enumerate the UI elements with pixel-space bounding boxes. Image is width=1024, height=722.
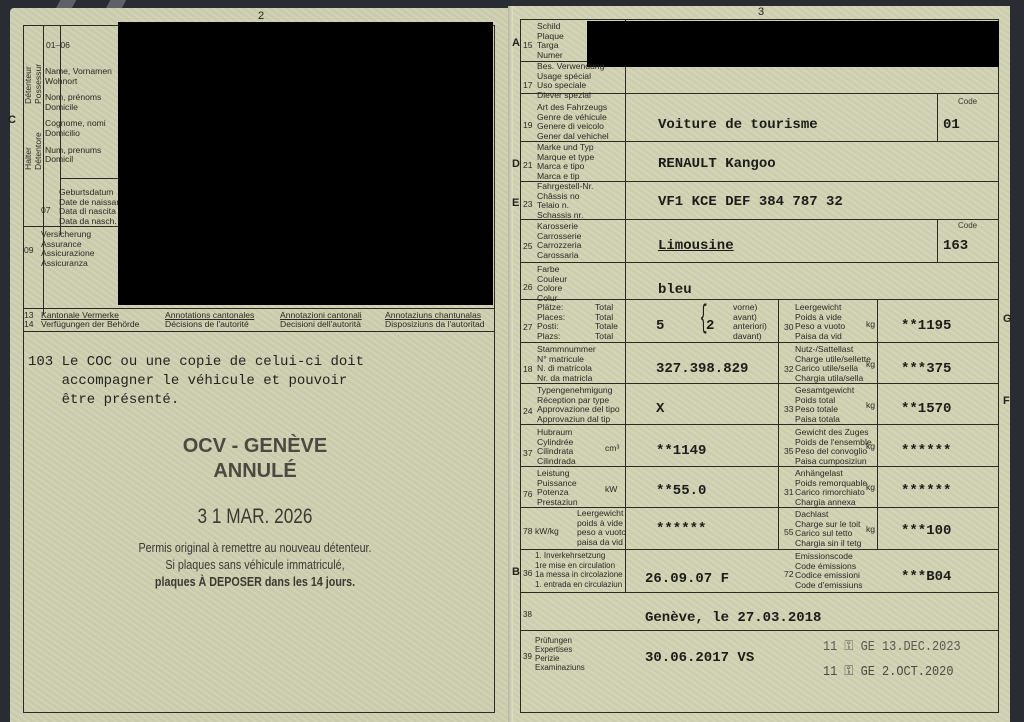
body-type-value: Limousine bbox=[658, 238, 734, 254]
power-weight-value: ****** bbox=[656, 521, 706, 537]
code-label: Code bbox=[958, 97, 977, 106]
field-number: 01–06 bbox=[46, 40, 70, 50]
plate-labels: SchildPlaque TargaNumer bbox=[537, 22, 564, 60]
make-model-value: RENAULT Kangoo bbox=[658, 156, 776, 172]
redacted-holder-info bbox=[118, 22, 493, 305]
field-number: 17 bbox=[523, 80, 533, 90]
payload-labels: Nutz-/SattellastCharge utile/sellette Ca… bbox=[795, 345, 871, 383]
body-labels: KarosserieCarrosserie CarrozzeriaCarossa… bbox=[537, 222, 581, 260]
chassis-labels: Fahrgestell-Nr.Châssis no Telaio n.Schas… bbox=[537, 182, 593, 220]
field-number: 33 bbox=[784, 404, 794, 414]
field-number: 27 bbox=[523, 322, 533, 332]
field-number: 07 bbox=[41, 205, 51, 215]
inspection-value: 30.06.2017 VS bbox=[645, 650, 754, 666]
unit-label: kg bbox=[866, 319, 875, 329]
seats-total-labels: TotalTotal TotaleTotal bbox=[595, 303, 618, 341]
insurance-labels: VersicherungAssurance AssicurazioneAssic… bbox=[41, 230, 95, 268]
field-number: 36 bbox=[523, 568, 533, 578]
color-labels: FarbeCouleur ColoreColur bbox=[537, 265, 567, 303]
field-number: 21 bbox=[523, 160, 533, 170]
total-weight-labels: GesamtgewichtPoids total Peso totalePais… bbox=[795, 386, 854, 424]
authority-decisions-rm: Disposiziuns da l'autoritad bbox=[385, 320, 485, 330]
payload-value: ***375 bbox=[901, 361, 951, 377]
unit-label: kg bbox=[866, 524, 875, 534]
section-letter-a: A bbox=[512, 37, 520, 49]
stamp-line-1: Permis original à remettre au nouveau dé… bbox=[44, 541, 465, 555]
towing-weight-value: ****** bbox=[901, 483, 951, 499]
field-number: 25 bbox=[523, 241, 533, 251]
unit-label: kW bbox=[605, 484, 617, 494]
field-number: 76 bbox=[523, 489, 533, 499]
matricule-value: 327.398.829 bbox=[656, 361, 748, 377]
stamp-office: OCV - GENÈVE bbox=[10, 435, 500, 458]
field-number: 26 bbox=[523, 282, 533, 292]
emission-code-labels: EmissionscodeCode émissions Codice emiss… bbox=[795, 552, 863, 590]
field-number: 39 bbox=[523, 652, 532, 661]
document-left-page: 2 C Halter Détentore Détenteur Possessur… bbox=[10, 8, 515, 722]
seats-total-value: 5 bbox=[656, 318, 664, 334]
total-weight-value: **1570 bbox=[901, 401, 951, 417]
field-number: 18 bbox=[523, 364, 533, 374]
body-type-code: 163 bbox=[943, 238, 968, 254]
displacement-labels: HubraumCylindrée CilindrataCilindrada bbox=[537, 428, 576, 466]
unit-label: kg bbox=[866, 482, 875, 492]
stamp-line-2: Si plaques sans véhicule immatriculé, bbox=[44, 558, 465, 572]
first-registration-labels: 1. Inverkehrsetzung1re mise en circulati… bbox=[535, 551, 623, 589]
unit-label: cm³ bbox=[605, 443, 619, 453]
authority-decisions-fr: Décisions de l'autorité bbox=[165, 320, 249, 330]
section-letter-b: B bbox=[512, 566, 520, 578]
first-registration-value: 26.09.07 F bbox=[645, 571, 729, 587]
vehicle-type-value: Voiture de tourisme bbox=[658, 117, 818, 133]
vin-value: VF1 KCE DEF 384 787 32 bbox=[658, 194, 843, 210]
towing-weight-labels: AnhängelastPoids remorquable Carico rimo… bbox=[795, 469, 867, 507]
field-number: 78 kW/kg bbox=[523, 526, 559, 536]
section-letter-f: F bbox=[1003, 395, 1010, 407]
document-right-page: 3 A 15 SchildPlaque TargaNumer 17 Bes. V… bbox=[513, 6, 1010, 722]
holder-name-labels: Name, VornamenWohnort Nom, prénomsDomici… bbox=[45, 67, 112, 165]
field-number: 37 bbox=[523, 448, 533, 458]
field-number: 30 bbox=[784, 322, 794, 332]
redacted-plate-number bbox=[587, 21, 999, 67]
page-number: 2 bbox=[258, 10, 264, 22]
roof-load-labels: DachlastCharge sur le toit Carico sul te… bbox=[795, 510, 861, 548]
roof-load-value: ***100 bbox=[901, 523, 951, 539]
power-value: **55.0 bbox=[656, 483, 706, 499]
displacement-value: **1149 bbox=[656, 443, 706, 459]
type-approval-value: X bbox=[656, 401, 664, 417]
vehicle-type-labels: Art des FahrzeugsGenre de véhicule Gener… bbox=[537, 103, 609, 141]
field-number: 19 bbox=[523, 120, 533, 130]
inspection-labels: PrüfungenExpertises PerizieExaminaziuns bbox=[535, 636, 585, 672]
color-value: bleu bbox=[658, 282, 692, 298]
seats-labels: Plätze:Places: Posti:Plazs: bbox=[537, 303, 565, 341]
unit-label: kg bbox=[866, 359, 875, 369]
stamp-line-3: plaques À DEPOSER dans les 14 jours. bbox=[44, 575, 465, 589]
field-number: 38 bbox=[523, 610, 532, 619]
holder-label-it: Détentore bbox=[34, 132, 44, 170]
code-label: Code bbox=[958, 221, 977, 230]
power-weight-labels: Leergewichtpoids à vide peso a vuotopais… bbox=[577, 509, 626, 547]
section-letter: C bbox=[8, 114, 16, 126]
inspection-stamp-2020: 11 ⚿ GE 2.OCT.2020 bbox=[823, 664, 953, 680]
make-type-labels: Marke und TypMarque et type Marca e tipo… bbox=[537, 143, 594, 181]
seats-front-labels: vorne)avant) anteriori)davant) bbox=[733, 303, 767, 341]
field-number: 23 bbox=[523, 199, 533, 209]
train-weight-labels: Gewicht des ZugesPoids de l'ensemble Pes… bbox=[795, 428, 872, 466]
vehicle-type-code: 01 bbox=[943, 117, 960, 133]
section-letter-e: E bbox=[512, 197, 519, 209]
field-number: 35 bbox=[784, 446, 794, 456]
stamp-date: 3 1 MAR. 2026 bbox=[54, 505, 456, 529]
unit-label: kg bbox=[866, 400, 875, 410]
power-labels: LeistungPuissance PotenzaPrestaziun bbox=[537, 469, 578, 507]
special-use-labels: Bes. VerwendungUsage spécial Uso special… bbox=[537, 62, 604, 100]
section-letter-g: G bbox=[1003, 313, 1012, 325]
holder-label-rm: Possessur bbox=[34, 64, 44, 104]
authority-decisions-de: Verfügungen der Behörde bbox=[41, 320, 139, 330]
seats-front-value: 2 bbox=[706, 318, 714, 334]
field-number: 32 bbox=[784, 364, 794, 374]
empty-weight-labels: LeergewichtPoids à vide Peso a vuotoPais… bbox=[795, 303, 845, 341]
train-weight-value: ****** bbox=[901, 443, 951, 459]
empty-weight-value: **1195 bbox=[901, 318, 951, 334]
field-number: 09 bbox=[24, 245, 34, 255]
field-number: 15 bbox=[523, 40, 533, 50]
field-number: 55 bbox=[784, 527, 794, 537]
unit-label: kg bbox=[866, 441, 875, 451]
field-number: 24 bbox=[523, 406, 533, 416]
issue-place-date: Genève, le 27.03.2018 bbox=[645, 610, 821, 626]
stamp-cancelled: ANNULÉ bbox=[10, 460, 500, 483]
coc-note-103: 103 Le COC ou une copie de celui-ci doit… bbox=[28, 353, 364, 410]
field-number: 31 bbox=[784, 487, 794, 497]
field-number: 72 bbox=[784, 569, 794, 579]
inspection-stamp-2023: 11 ⚿ GE 13.DEC.2023 bbox=[823, 639, 961, 655]
type-approval-labels: TypengenehmigungRéception par type Appro… bbox=[537, 386, 620, 424]
matricule-labels: StammnummerN° matricule N. di matricolaN… bbox=[537, 345, 596, 383]
authority-decisions-it: Decisioni dell'autorità bbox=[280, 320, 361, 330]
emission-code-value: ***B04 bbox=[901, 569, 951, 585]
field-14-number: 14 bbox=[24, 320, 34, 330]
section-letter-d: D bbox=[512, 158, 520, 170]
page-number: 3 bbox=[758, 6, 764, 18]
